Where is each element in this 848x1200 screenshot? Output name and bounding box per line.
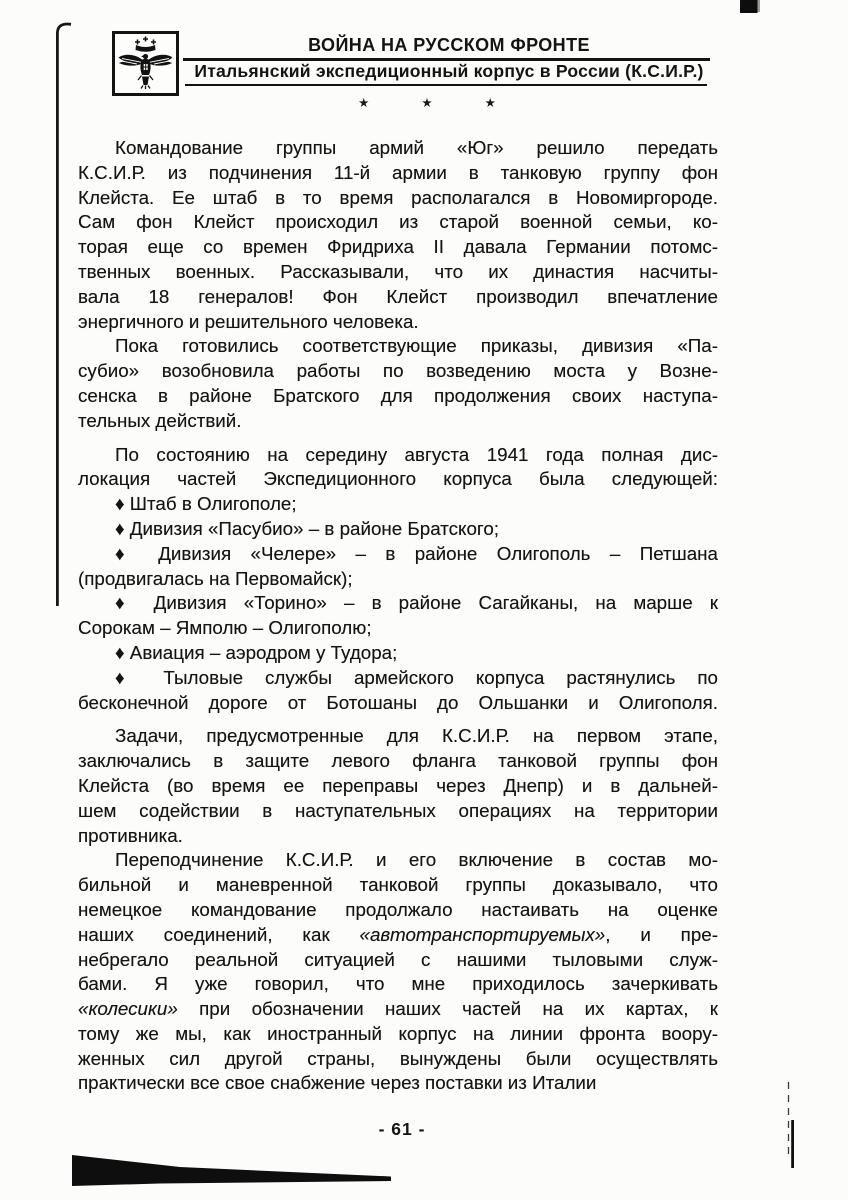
section-separator-stars: ★★★ xyxy=(107,95,747,110)
text-line: небрегало реальной ситуацией с нашими ты… xyxy=(78,948,718,973)
text-line: тому же мы, как иностранный корпус на ли… xyxy=(78,1022,718,1047)
page-header-title: ВОЙНА НА РУССКОМ ФРОНТЕ xyxy=(183,35,715,56)
text-line: энергичного и решительного человека. xyxy=(78,310,718,335)
text-line: локация частей Экспедиционного корпуса б… xyxy=(78,467,718,492)
text-line: «колесики» при обозначении наших частей … xyxy=(78,997,718,1022)
list-item-line: ♦ Тыловые службы армейского корпуса раст… xyxy=(78,666,718,691)
text-line: бильной и маневренной танковой группы до… xyxy=(78,873,718,898)
list-item-line: ♦ Дивизия «Торино» – в районе Сагайканы,… xyxy=(78,591,718,616)
scan-left-border-line xyxy=(57,24,71,606)
text-line: субио» возобновила работы по возведению … xyxy=(78,359,718,384)
text-line: Клейста. Ее штаб в то время располагался… xyxy=(78,186,718,211)
list-item-line: ♦ Штаб в Олигополе; xyxy=(78,492,718,517)
text-line: сенска в районе Братского для продолжени… xyxy=(78,384,718,409)
text-line: Пока готовились соответствующие приказы,… xyxy=(78,334,718,359)
text-line: твенных военных. Рассказывали, что их ди… xyxy=(78,260,718,285)
italic-term: «колесики» xyxy=(78,998,178,1019)
star-icon: ★ xyxy=(485,95,496,110)
header-rule-bottom xyxy=(185,84,707,86)
text-line: По состоянию на середину августа 1941 го… xyxy=(78,443,718,468)
text-line: Командование группы армий «Юг» решило пе… xyxy=(78,136,718,161)
star-icon: ★ xyxy=(358,95,369,110)
page-number: - 61 - xyxy=(82,1119,722,1140)
text-line: наших соединений, как «автотранспортируе… xyxy=(78,923,718,948)
list-item-line: ♦ Авиация – аэродром у Тудора; xyxy=(78,641,718,666)
text-line: Сам фон Клейст происходил из старой воен… xyxy=(78,210,718,235)
crowned-eagle-icon xyxy=(115,34,176,93)
star-icon: ★ xyxy=(421,95,432,110)
text-line: бами. Я уже говорил, что мне приходилось… xyxy=(78,972,718,997)
body-text-column: Командование группы армий «Юг» решило пе… xyxy=(78,136,718,1096)
list-item-line: Сорокам – Ямполю – Олигополю; xyxy=(78,616,718,641)
scan-bottom-wedge xyxy=(72,1155,391,1186)
royal-eagle-emblem xyxy=(112,31,179,96)
list-item-line: (продвигалась на Первомайск); xyxy=(78,567,718,592)
scan-top-right-mark xyxy=(740,0,758,13)
text-line: К.С.И.Р. из подчинения 11-й армии в танк… xyxy=(78,161,718,186)
text-line: Переподчинение К.С.И.Р. и его включение … xyxy=(78,848,718,873)
book-page-scan: ВОЙНА НА РУССКОМ ФРОНТЕ Итальянский эксп… xyxy=(0,0,848,1200)
text-line: практически все свое снабжение через пос… xyxy=(78,1071,718,1096)
list-item-line: бесконечной дороге от Ботошаны до Ольшан… xyxy=(78,691,718,716)
list-item-line: ♦ Дивизия «Челере» – в районе Олигополь … xyxy=(78,542,718,567)
text-line: женных сил другой страны, вынуждены были… xyxy=(78,1047,718,1072)
italic-term: «автотранспортируемых» xyxy=(360,924,606,945)
text-line: Клейста (во время ее переправы через Дне… xyxy=(78,774,718,799)
list-item-line: ♦ Дивизия «Пасубио» – в районе Братского… xyxy=(78,517,718,542)
text-line: шем содействии в наступательных операция… xyxy=(78,799,718,824)
text-line: тельных действий. xyxy=(78,409,718,434)
text-line: торая еще со времен Фридриха II давала Г… xyxy=(78,235,718,260)
text-line: противника. xyxy=(78,824,718,849)
text-line: вала 18 генералов! Фон Клейст производил… xyxy=(78,285,718,310)
text-line: заключались в защите левого фланга танко… xyxy=(78,749,718,774)
text-line: Задачи, предусмотренные для К.С.И.Р. на … xyxy=(78,724,718,749)
page-header-subtitle: Итальянский экспедиционный корпус в Росс… xyxy=(183,61,715,82)
text-line: немецкое командование продолжало настаив… xyxy=(78,898,718,923)
